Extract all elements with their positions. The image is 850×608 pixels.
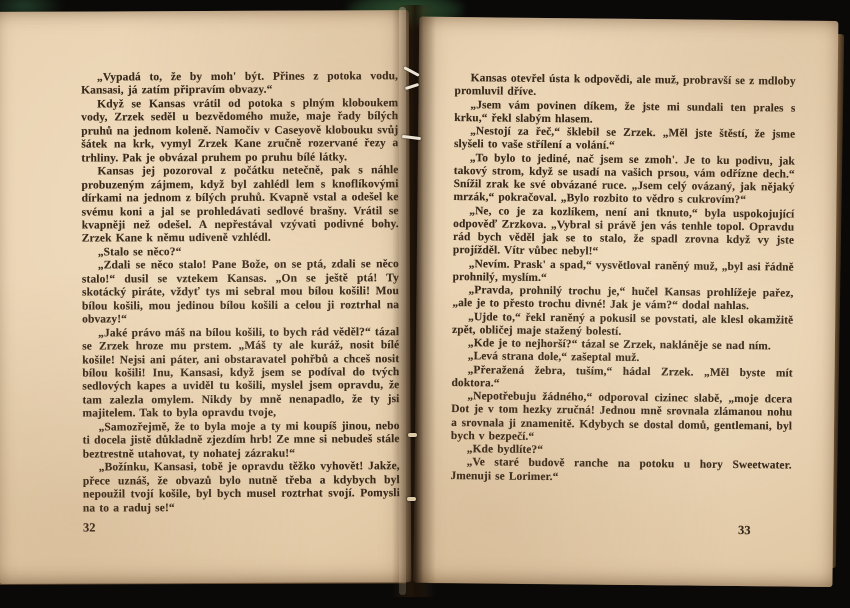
page-right: Kansas otevřel ústa k odpovědi, ale muž,…	[413, 17, 838, 587]
paragraph: „Zdali se něco stalo! Pane Bože, on se p…	[82, 258, 399, 327]
stitching-thread	[402, 135, 421, 140]
book-spine-gutter	[392, 5, 436, 597]
page-number-right: 33	[738, 523, 751, 538]
stitching-thread	[408, 433, 417, 437]
paragraph: „Vypadá to, že by moh' být. Přines z pot…	[81, 70, 398, 98]
paragraph: „Jaké právo máš na bílou košili, to bych…	[82, 326, 399, 422]
stitching-thread	[407, 497, 416, 501]
page-left-text: „Vypadá to, že by moh' být. Přines z pot…	[81, 70, 400, 515]
paragraph: Když se Kansas vrátil od potoka s plným …	[81, 97, 398, 166]
paragraph: „Nestojí za řeč,“ šklebil se Zrzek. „Měl…	[454, 125, 795, 155]
paragraph: „Pravda, prohnilý trochu je,“ hučel Kans…	[452, 284, 793, 314]
stitching-thread	[403, 66, 419, 77]
paragraph: „Jsem vám povinen díkem, že jste mi sund…	[454, 99, 795, 129]
paragraph: „Nevím. Prask' a spad,“ vysvětloval raně…	[453, 258, 794, 288]
page-number-left: 32	[83, 520, 96, 535]
paragraph: „Ne, co je za kozlíkem, není ani tknuto,…	[453, 205, 795, 262]
paragraph: Kansas jej pozoroval z počátku netečně, …	[81, 164, 398, 246]
paragraph: „To bylo to jediné, nač jsem se zmoh'. J…	[453, 152, 795, 209]
paragraph: „Přeražená žebra, tuším,“ hádal Zrzek. „…	[451, 364, 792, 394]
paragraph: „Samozřejmě, že to byla moje a ty mi kou…	[83, 420, 400, 462]
stitching-thread	[405, 83, 419, 90]
paragraph: Kansas otevřel ústa k odpovědi, ale muž,…	[455, 72, 796, 102]
open-book-photo: „Vypadá to, že by moh' být. Přines z pot…	[0, 0, 850, 608]
page-right-text: Kansas otevřel ústa k odpovědi, ale muž,…	[450, 72, 795, 486]
paragraph: „Ujde to,“ řekl raněný a pokusil se povs…	[452, 311, 793, 341]
paragraph: „Nepotřebuju žádného,“ odporoval cizinec…	[451, 390, 793, 447]
page-left: „Vypadá to, že by moh' být. Přines z pot…	[0, 10, 411, 584]
paragraph: „Ve staré budově ranche na potoku u hory…	[450, 456, 791, 486]
paragraph: „Božínku, Kansasi, tobě je opravdu těžko…	[83, 460, 400, 515]
